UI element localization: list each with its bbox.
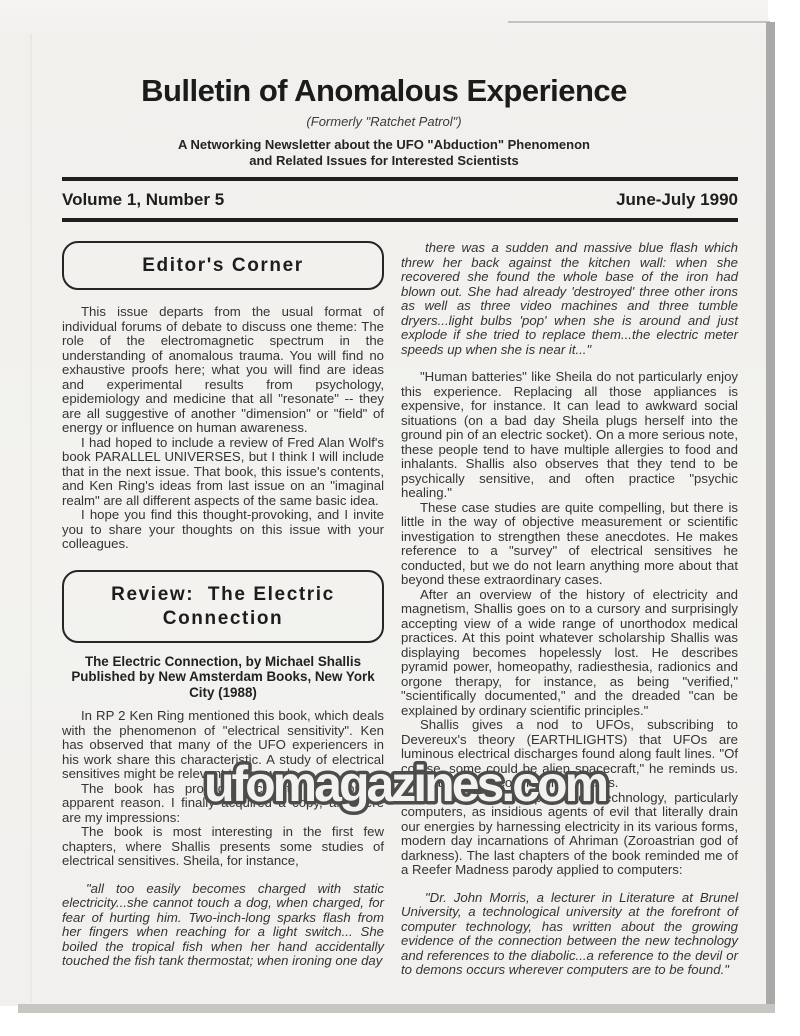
issue-date: June-July 1990	[616, 190, 738, 210]
editors-paragraph-2: I had hoped to include a review of Fred …	[62, 436, 384, 509]
divider-rule-top	[62, 177, 738, 181]
issue-info-row: Volume 1, Number 5 June-July 1990	[62, 190, 738, 210]
review-heading-line1: Review: The Electric	[70, 583, 376, 607]
review-paragraph-3: The book is most interesting in the firs…	[62, 825, 384, 869]
citation-line3: City (1988)	[66, 685, 380, 701]
review-paragraph-8: He goes on to expound on technology, par…	[401, 791, 738, 878]
review-paragraph-7: Shallis gives a nod to UFOs, subscribing…	[401, 718, 738, 791]
review-paragraph-4: "Human batteries" like Sheila do not par…	[401, 370, 738, 501]
paper-fold-line	[30, 34, 32, 1002]
editors-corner-heading: Editor's Corner	[70, 254, 376, 278]
scan-edge-bottom	[18, 1004, 775, 1013]
editors-paragraph-1: This issue departs from the usual format…	[62, 305, 384, 436]
masthead: Bulletin of Anomalous Experience (Former…	[0, 0, 768, 168]
right-column: there was a sudden and massive blue flas…	[401, 241, 738, 978]
john-morris-quote: "Dr. John Morris, a lecturer in Literatu…	[401, 891, 738, 978]
sheila-quote-part1: "all too easily becomes charged with sta…	[62, 882, 384, 969]
two-column-layout: Editor's Corner This issue departs from …	[62, 241, 738, 978]
content-area: Volume 1, Number 5 June-July 1990 Editor…	[62, 177, 738, 978]
tagline-line1: A Networking Newsletter about the UFO "A…	[0, 137, 768, 153]
citation-line2: Published by New Amsterdam Books, New Yo…	[66, 669, 380, 685]
scan-edge-top	[508, 21, 770, 23]
editors-paragraph-3: I hope you find this thought-provoking, …	[62, 508, 384, 552]
former-name-subtitle: (Formerly "Ratchet Patrol")	[0, 114, 768, 129]
review-paragraph-1: In RP 2 Ken Ring mentioned this book, wh…	[62, 709, 384, 782]
left-column: Editor's Corner This issue departs from …	[62, 241, 384, 969]
review-paragraph-5: These case studies are quite compelling,…	[401, 501, 738, 588]
citation-line1: The Electric Connection, by Michael Shal…	[66, 654, 380, 670]
review-heading-line2: Connection	[70, 607, 376, 631]
page-title: Bulletin of Anomalous Experience	[0, 74, 768, 108]
book-citation: The Electric Connection, by Michael Shal…	[66, 654, 380, 701]
tagline-line2: and Related Issues for Interested Scient…	[0, 153, 768, 169]
scan-edge-right	[766, 22, 775, 1012]
divider-rule-bottom	[62, 218, 738, 222]
tagline: A Networking Newsletter about the UFO "A…	[0, 137, 768, 168]
review-paragraph-6: After an overview of the history of elec…	[401, 588, 738, 719]
sheila-quote-part2: there was a sudden and massive blue flas…	[401, 241, 738, 357]
review-heading-box: Review: The Electric Connection	[62, 570, 384, 643]
scanned-newsletter-page: Bulletin of Anomalous Experience (Former…	[0, 0, 800, 1036]
review-paragraph-2: The book has proved difficult to find, f…	[62, 782, 384, 826]
volume-label: Volume 1, Number 5	[62, 190, 224, 210]
paper-sheet: Bulletin of Anomalous Experience (Former…	[0, 0, 768, 1006]
editors-corner-box: Editor's Corner	[62, 241, 384, 290]
